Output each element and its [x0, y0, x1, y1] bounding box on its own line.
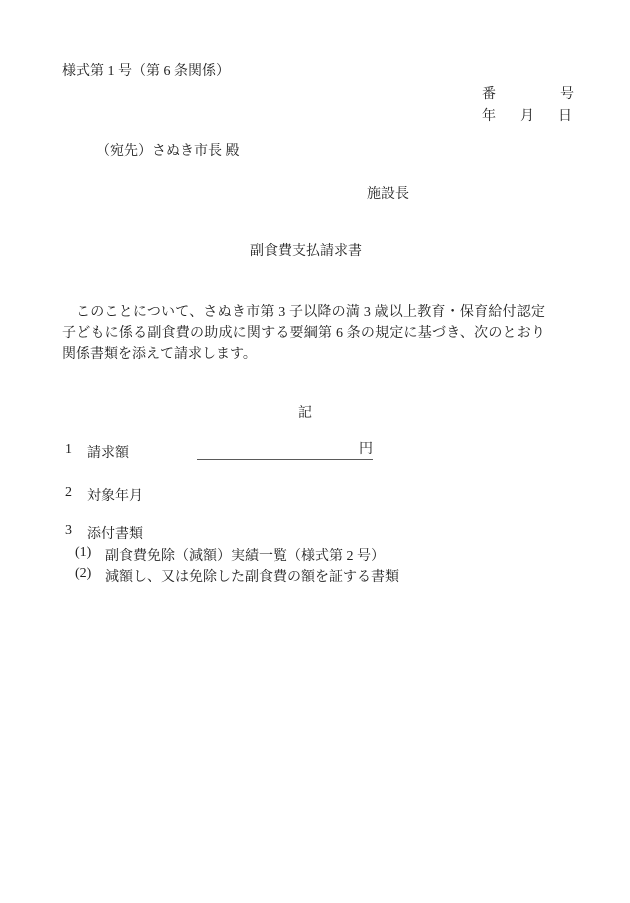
section-marker: 記 [0, 404, 610, 423]
form-number: 様式第 1 号（第 6 条関係） [62, 62, 230, 81]
doc-number-suffix: 号 [560, 85, 574, 104]
sender-title: 施設長 [367, 185, 409, 204]
sub-item-2-text: 減額し、又は免除した副食費の額を証する書類 [105, 566, 399, 586]
item-3-label: 添付書類 [87, 523, 143, 543]
date-month-label: 月 [520, 107, 534, 126]
doc-number-line: 番 号 [482, 85, 574, 104]
sub-item-2-number: (2) [75, 566, 91, 582]
item-2-number: 2 [65, 485, 72, 501]
item-1-label: 請求額 [87, 442, 129, 462]
document-title: 副食費支払請求書 [0, 242, 612, 261]
sub-item-1-text: 副食費免除（減額）実績一覧（様式第 2 号） [105, 545, 385, 565]
amount-blank-field: 円 [197, 440, 373, 460]
doc-number-label: 番 [482, 85, 496, 104]
sub-item-1-number: (1) [75, 545, 91, 561]
item-2-label: 対象年月 [87, 485, 143, 505]
body-paragraph: このことについて、さぬき市第 3 子以降の満 3 歳以上教育・保育給付認定子ども… [62, 302, 545, 365]
date-year-label: 年 [482, 107, 496, 126]
item-1-number: 1 [65, 442, 72, 458]
date-day-label: 日 [558, 107, 572, 126]
document-page: 様式第 1 号（第 6 条関係） 番 号 年 月 日 （宛先）さぬき市長 殿 施… [0, 0, 630, 903]
item-3-number: 3 [65, 523, 72, 539]
recipient-line: （宛先）さぬき市長 殿 [96, 142, 240, 161]
doc-date-line: 年 月 日 [482, 107, 572, 126]
